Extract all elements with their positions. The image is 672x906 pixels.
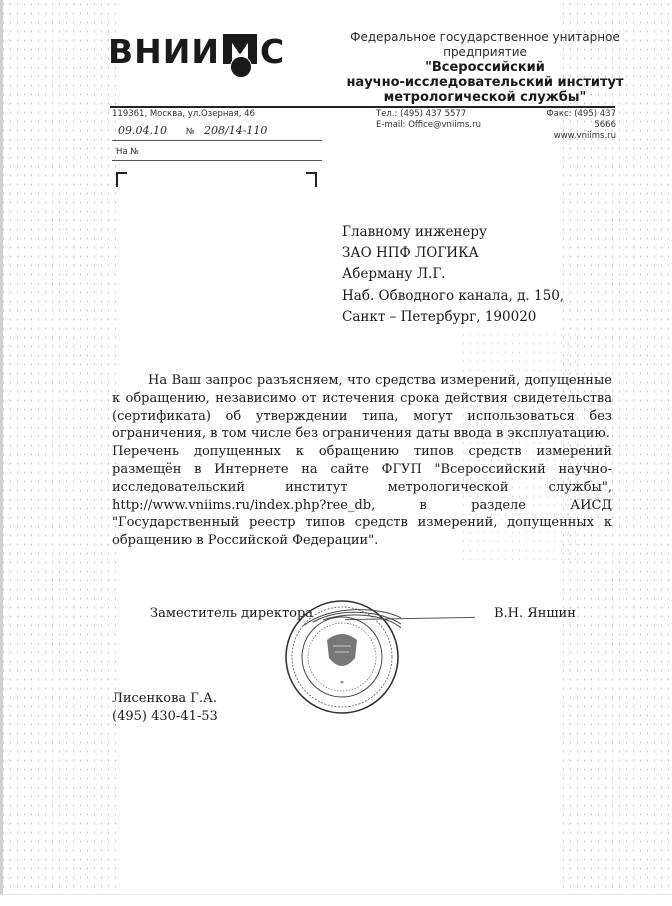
address-field-corner-mark <box>306 172 317 187</box>
org-fax-web: Факс: (495) 437 5666 www.vniims.ru <box>528 109 616 142</box>
svg-text:*: * <box>340 679 344 688</box>
addressee-name: Аберману Л.Г. <box>342 264 487 285</box>
number-label: № <box>186 127 195 137</box>
letterhead-divider <box>110 106 615 108</box>
logo-text-left: ВНИИ <box>108 32 220 71</box>
body-paragraph-1: На Ваш запрос разъясняем, что средства и… <box>112 372 612 443</box>
addressee-position: Главному инженеру <box>342 222 487 243</box>
outgoing-reference-row: 09.04.10 № 208/14-110 <box>112 126 322 141</box>
executor-name: Лисенкова Г.А. <box>112 690 218 708</box>
addressee-company: ЗАО НПФ ЛОГИКА <box>342 243 487 264</box>
executor-block: Лисенкова Г.А. (495) 430-41-53 <box>112 690 218 726</box>
scanned-letter-page: ВНИИ С Федеральное государственное унита… <box>0 0 672 906</box>
org-website: www.vniims.ru <box>528 131 616 142</box>
org-address: 119361, Москва, ул.Озерная, 46 <box>112 109 255 120</box>
org-type-line1: Федеральное государственное унитарное <box>340 30 630 45</box>
letter-number: 208/14-110 <box>204 124 267 137</box>
logo-text-right: С <box>260 32 285 71</box>
scan-noise <box>0 0 120 900</box>
logo-m-globe-icon <box>223 34 257 64</box>
org-type-line2: предприятие <box>340 45 630 60</box>
org-fax: Факс: (495) 437 5666 <box>528 109 616 131</box>
address-city: Санкт – Петербург, 190020 <box>342 307 564 328</box>
addressee-block: Главному инженеру ЗАО НПФ ЛОГИКА Аберман… <box>342 222 487 285</box>
reply-reference-row: На № <box>112 146 322 161</box>
signatory-name: В.Н. Яншин <box>494 606 576 621</box>
reply-to-label: На № <box>116 147 139 157</box>
executor-phone: (495) 430-41-53 <box>112 708 218 726</box>
org-name-line3: метрологической службы" <box>340 90 630 105</box>
org-name-line2: научно-исследовательский институт <box>340 75 630 90</box>
org-name-line1: "Всероссийский <box>340 60 630 75</box>
address-street: Наб. Обводного канала, д. 150, <box>342 286 564 307</box>
address-field-corner-mark <box>116 172 127 187</box>
official-seal-icon: * <box>283 598 401 716</box>
org-email: E-mail: Office@vniims.ru <box>376 120 481 131</box>
body-paragraph-2: Перечень допущенных к обращению типов ср… <box>112 443 612 550</box>
organization-name-block: Федеральное государственное унитарное пр… <box>340 30 630 105</box>
scan-bottom-edge <box>0 894 672 906</box>
letter-date: 09.04.10 <box>118 124 167 137</box>
org-tel: Тел.: (495) 437 5577 <box>376 109 481 120</box>
organization-logo: ВНИИ С <box>108 32 285 71</box>
addressee-address: Наб. Обводного канала, д. 150, Санкт – П… <box>342 286 564 328</box>
org-contacts: Тел.: (495) 437 5577 E-mail: Office@vnii… <box>376 109 481 131</box>
letter-body: На Ваш запрос разъясняем, что средства и… <box>112 372 612 550</box>
